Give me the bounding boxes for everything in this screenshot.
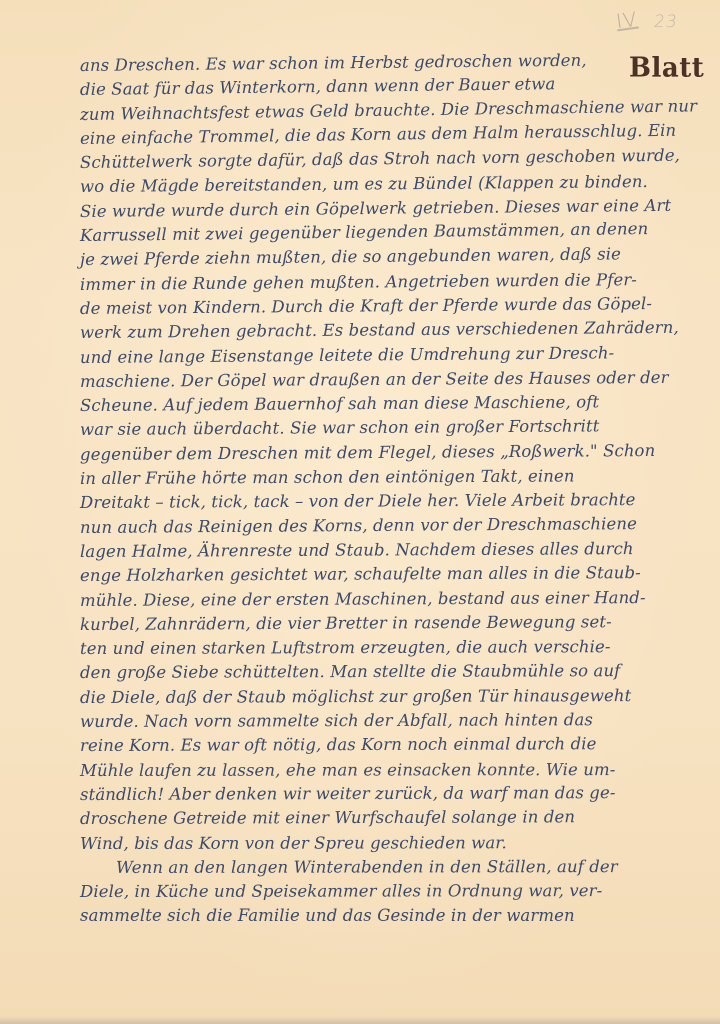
archive-page-number: 23: [652, 12, 678, 32]
text-line: ten und einen starken Luftstrom erzeugte…: [80, 635, 720, 662]
archive-pencil-mark: IV23: [616, 8, 677, 32]
text-line: den große Siebe schüttelten. Man stellte…: [80, 659, 720, 686]
text-line: sammelte sich die Familie und das Gesind…: [80, 904, 720, 928]
text-line: Diele, in Küche und Speisekammer alles i…: [80, 879, 720, 904]
text-line: nun auch das Reinigen des Korns, denn vo…: [80, 511, 720, 540]
text-line: wurde. Nach vorn sammelte sich der Abfal…: [80, 708, 720, 735]
handwritten-text-block: ans Dreschen. Es war schon im Herbst ged…: [80, 54, 720, 929]
text-line: enge Holzharken gesichtet war, schaufelt…: [80, 561, 720, 589]
text-line: reine Korn. Es war oft nötig, das Korn n…: [80, 732, 720, 759]
text-line-paragraph-start: Wenn an den langen Winterabenden in den …: [80, 855, 720, 880]
text-line: droschene Getreide mit einer Wurfschaufe…: [80, 805, 720, 832]
text-line: die Diele, daß der Staub möglichst zur g…: [80, 683, 720, 710]
text-line: lagen Halme, Ährenreste und Staub. Nachd…: [80, 537, 720, 565]
text-line: ständlich! Aber denken wir weiter zurück…: [80, 781, 720, 808]
text-line: gegenüber dem Dreschen mit dem Flegel, d…: [80, 438, 720, 467]
text-line: Mühle laufen zu lassen, ehe man es einsa…: [80, 757, 720, 782]
text-line: Wind, bis das Korn von der Spreu geschie…: [80, 830, 720, 855]
text-line: kurbel, Zahnrädern, die vier Bretter in …: [80, 609, 720, 637]
text-line: mühle. Diese, eine der ersten Maschinen,…: [80, 585, 720, 613]
archive-volume-roman: IV: [614, 7, 639, 34]
manuscript-page: IV23 Blatt ans Dreschen. Es war schon im…: [0, 0, 720, 1024]
